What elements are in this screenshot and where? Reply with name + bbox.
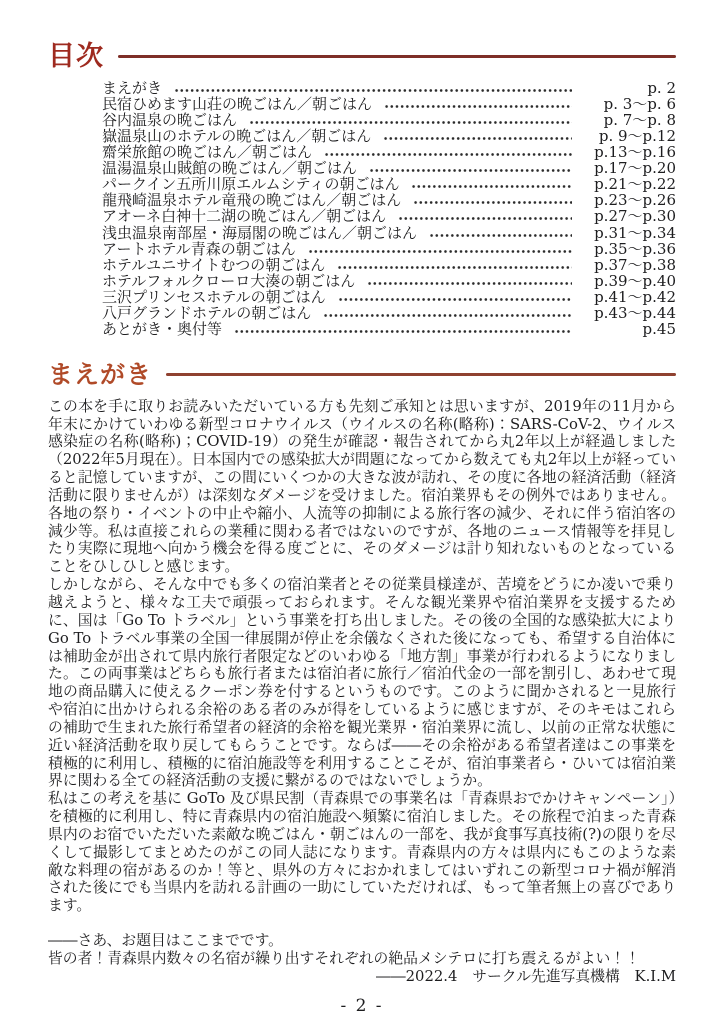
toc-entry-pages: p.23～p.26 bbox=[588, 192, 676, 208]
toc-entry-title: 嶽温泉山のホテルの晩ごはん／朝ごはん bbox=[102, 128, 371, 144]
toc-row: 浅虫温泉南部屋・海扇閣の晩ごはん／朝ごはん p.31～p.34 bbox=[102, 225, 676, 241]
toc-leader-dots bbox=[324, 152, 572, 157]
toc-header: 目次 bbox=[48, 42, 676, 72]
preface-closing: ――さあ、お題目はここまでです。 皆の者！青森県内数々の名宿が繰り出すそれぞれの… bbox=[48, 932, 676, 968]
toc-row: あとがき・奥付等 p.45 bbox=[102, 321, 676, 337]
toc-entry-pages: p. 3～p. 6 bbox=[588, 96, 676, 112]
toc-entry-pages: p. 7～p. 8 bbox=[588, 112, 676, 128]
toc-row: 齋栄旅館の晩ごはん／朝ごはん p.13～p.16 bbox=[102, 144, 676, 160]
toc-leader-dots bbox=[323, 313, 572, 318]
toc-entry-title: 温湯温泉山賊館の晩ごはん／朝ごはん bbox=[102, 160, 357, 176]
toc-row: 谷内温泉の晩ごはん p. 7～p. 8 bbox=[102, 112, 676, 128]
toc-entry-title: アオーネ白神十二湖の晩ごはん／朝ごはん bbox=[102, 208, 386, 224]
toc-leader-dots bbox=[383, 136, 572, 141]
toc-row: 龍飛崎温泉ホテル竜飛の晩ごはん／朝ごはん p.23～p.26 bbox=[102, 192, 676, 208]
page-number: - 2 - bbox=[0, 996, 724, 1016]
toc-entry-pages: p.39～p.40 bbox=[588, 273, 676, 289]
toc-leader-dots bbox=[249, 120, 572, 125]
closing-line-2: 皆の者！青森県内数々の名宿が繰り出すそれぞれの絶品メシテロに打ち震えるがよい！！ bbox=[48, 950, 676, 968]
preface-heading: まえがき bbox=[48, 361, 152, 389]
toc-row: 民宿ひめます山荘の晩ごはん／朝ごはん p. 3～p. 6 bbox=[102, 96, 676, 112]
toc-section: 目次 まえがき p. 2 民宿ひめます山荘の晩ごはん／朝ごはん p. 3～p. … bbox=[48, 42, 676, 337]
toc-leader-dots bbox=[174, 88, 572, 93]
toc-entry-title: まえがき bbox=[102, 80, 162, 96]
toc-entry-title: パークイン五所川原エルムシティの朝ごはん bbox=[102, 176, 399, 192]
toc-list: まえがき p. 2 民宿ひめます山荘の晩ごはん／朝ごはん p. 3～p. 6 谷… bbox=[102, 80, 676, 338]
toc-entry-pages: p.27～p.30 bbox=[588, 208, 676, 224]
toc-entry-title: アートホテル青森の朝ごはん bbox=[102, 241, 296, 257]
toc-row: 嶽温泉山のホテルの晩ごはん／朝ごはん p. 9～p.12 bbox=[102, 128, 676, 144]
toc-leader-dots bbox=[413, 200, 572, 205]
preface-section: まえがき この本を手に取りお読みいただいている方も先刻ご承知とは思いますが、20… bbox=[48, 361, 676, 986]
toc-entry-pages: p.41～p.42 bbox=[588, 289, 676, 305]
preface-paragraph-1: この本を手に取りお読みいただいている方も先刻ご承知とは思いますが、2019年の1… bbox=[48, 398, 676, 576]
toc-heading-rule bbox=[118, 55, 676, 58]
toc-entry-pages: p.45 bbox=[588, 321, 676, 337]
toc-entry-title: 三沢プリンセスホテルの朝ごはん bbox=[102, 289, 326, 305]
toc-row: ホテルフォルクローロ大湊の朝ごはん p.39～p.40 bbox=[102, 273, 676, 289]
toc-entry-title: ホテルユニサイトむつの朝ごはん bbox=[102, 257, 325, 273]
preface-heading-rule bbox=[166, 373, 676, 376]
toc-leader-dots bbox=[429, 233, 572, 238]
toc-entry-pages: p.21～p.22 bbox=[588, 176, 676, 192]
preface-paragraph-3: 私はこの考えを基に GoTo 及び県民割（青森県での事業名は「青森県おでかけキャ… bbox=[48, 790, 676, 915]
toc-entry-pages: p. 9～p.12 bbox=[588, 128, 676, 144]
toc-leader-dots bbox=[369, 168, 572, 173]
toc-entry-title: 浅虫温泉南部屋・海扇閣の晩ごはん／朝ごはん bbox=[102, 225, 417, 241]
toc-leader-dots bbox=[398, 216, 572, 221]
preface-header: まえがき bbox=[48, 361, 676, 389]
author-signature: ――2022.4 サークル先進写真機構 K.I.M bbox=[48, 968, 676, 986]
toc-row: まえがき p. 2 bbox=[102, 80, 676, 96]
toc-leader-dots bbox=[234, 329, 572, 334]
toc-heading: 目次 bbox=[48, 42, 104, 72]
document-page: 目次 まえがき p. 2 民宿ひめます山荘の晩ごはん／朝ごはん p. 3～p. … bbox=[0, 0, 724, 1024]
toc-entry-pages: p.37～p.38 bbox=[588, 257, 676, 273]
toc-leader-dots bbox=[337, 265, 572, 270]
toc-entry-pages: p.17～p.20 bbox=[588, 160, 676, 176]
toc-entry-title: 民宿ひめます山荘の晩ごはん／朝ごはん bbox=[102, 96, 372, 112]
toc-entry-title: 齋栄旅館の晩ごはん／朝ごはん bbox=[102, 144, 312, 160]
toc-entry-pages: p.35～p.36 bbox=[588, 241, 676, 257]
toc-entry-title: 龍飛崎温泉ホテル竜飛の晩ごはん／朝ごはん bbox=[102, 192, 401, 208]
closing-line-1: ――さあ、お題目はここまでです。 bbox=[48, 932, 676, 950]
toc-entry-pages: p.13～p.16 bbox=[588, 144, 676, 160]
toc-row: アオーネ白神十二湖の晩ごはん／朝ごはん p.27～p.30 bbox=[102, 208, 676, 224]
toc-row: ホテルユニサイトむつの朝ごはん p.37～p.38 bbox=[102, 257, 676, 273]
toc-leader-dots bbox=[411, 184, 572, 189]
toc-entry-pages: p. 2 bbox=[588, 80, 676, 96]
toc-row: 八戸グランドホテルの朝ごはん p.43～p.44 bbox=[102, 305, 676, 321]
toc-entry-title: 谷内温泉の晩ごはん bbox=[102, 112, 237, 128]
toc-entry-pages: p.31～p.34 bbox=[588, 225, 676, 241]
toc-leader-dots bbox=[308, 249, 572, 254]
preface-body: この本を手に取りお読みいただいている方も先刻ご承知とは思いますが、2019年の1… bbox=[48, 398, 676, 986]
toc-row: 三沢プリンセスホテルの朝ごはん p.41～p.42 bbox=[102, 289, 676, 305]
toc-leader-dots bbox=[384, 104, 572, 109]
toc-entry-title: 八戸グランドホテルの朝ごはん bbox=[102, 305, 311, 321]
toc-row: 温湯温泉山賊館の晩ごはん／朝ごはん p.17～p.20 bbox=[102, 160, 676, 176]
toc-row: アートホテル青森の朝ごはん p.35～p.36 bbox=[102, 241, 676, 257]
preface-paragraph-2: しかしながら、そんな中でも多くの宿泊業者とその従業員様達が、苦境をどうにか凌いで… bbox=[48, 576, 676, 790]
toc-entry-pages: p.43～p.44 bbox=[588, 305, 676, 321]
toc-leader-dots bbox=[367, 281, 572, 286]
toc-entry-title: ホテルフォルクローロ大湊の朝ごはん bbox=[102, 273, 355, 289]
toc-leader-dots bbox=[338, 297, 572, 302]
toc-entry-title: あとがき・奥付等 bbox=[102, 321, 222, 337]
toc-row: パークイン五所川原エルムシティの朝ごはん p.21～p.22 bbox=[102, 176, 676, 192]
